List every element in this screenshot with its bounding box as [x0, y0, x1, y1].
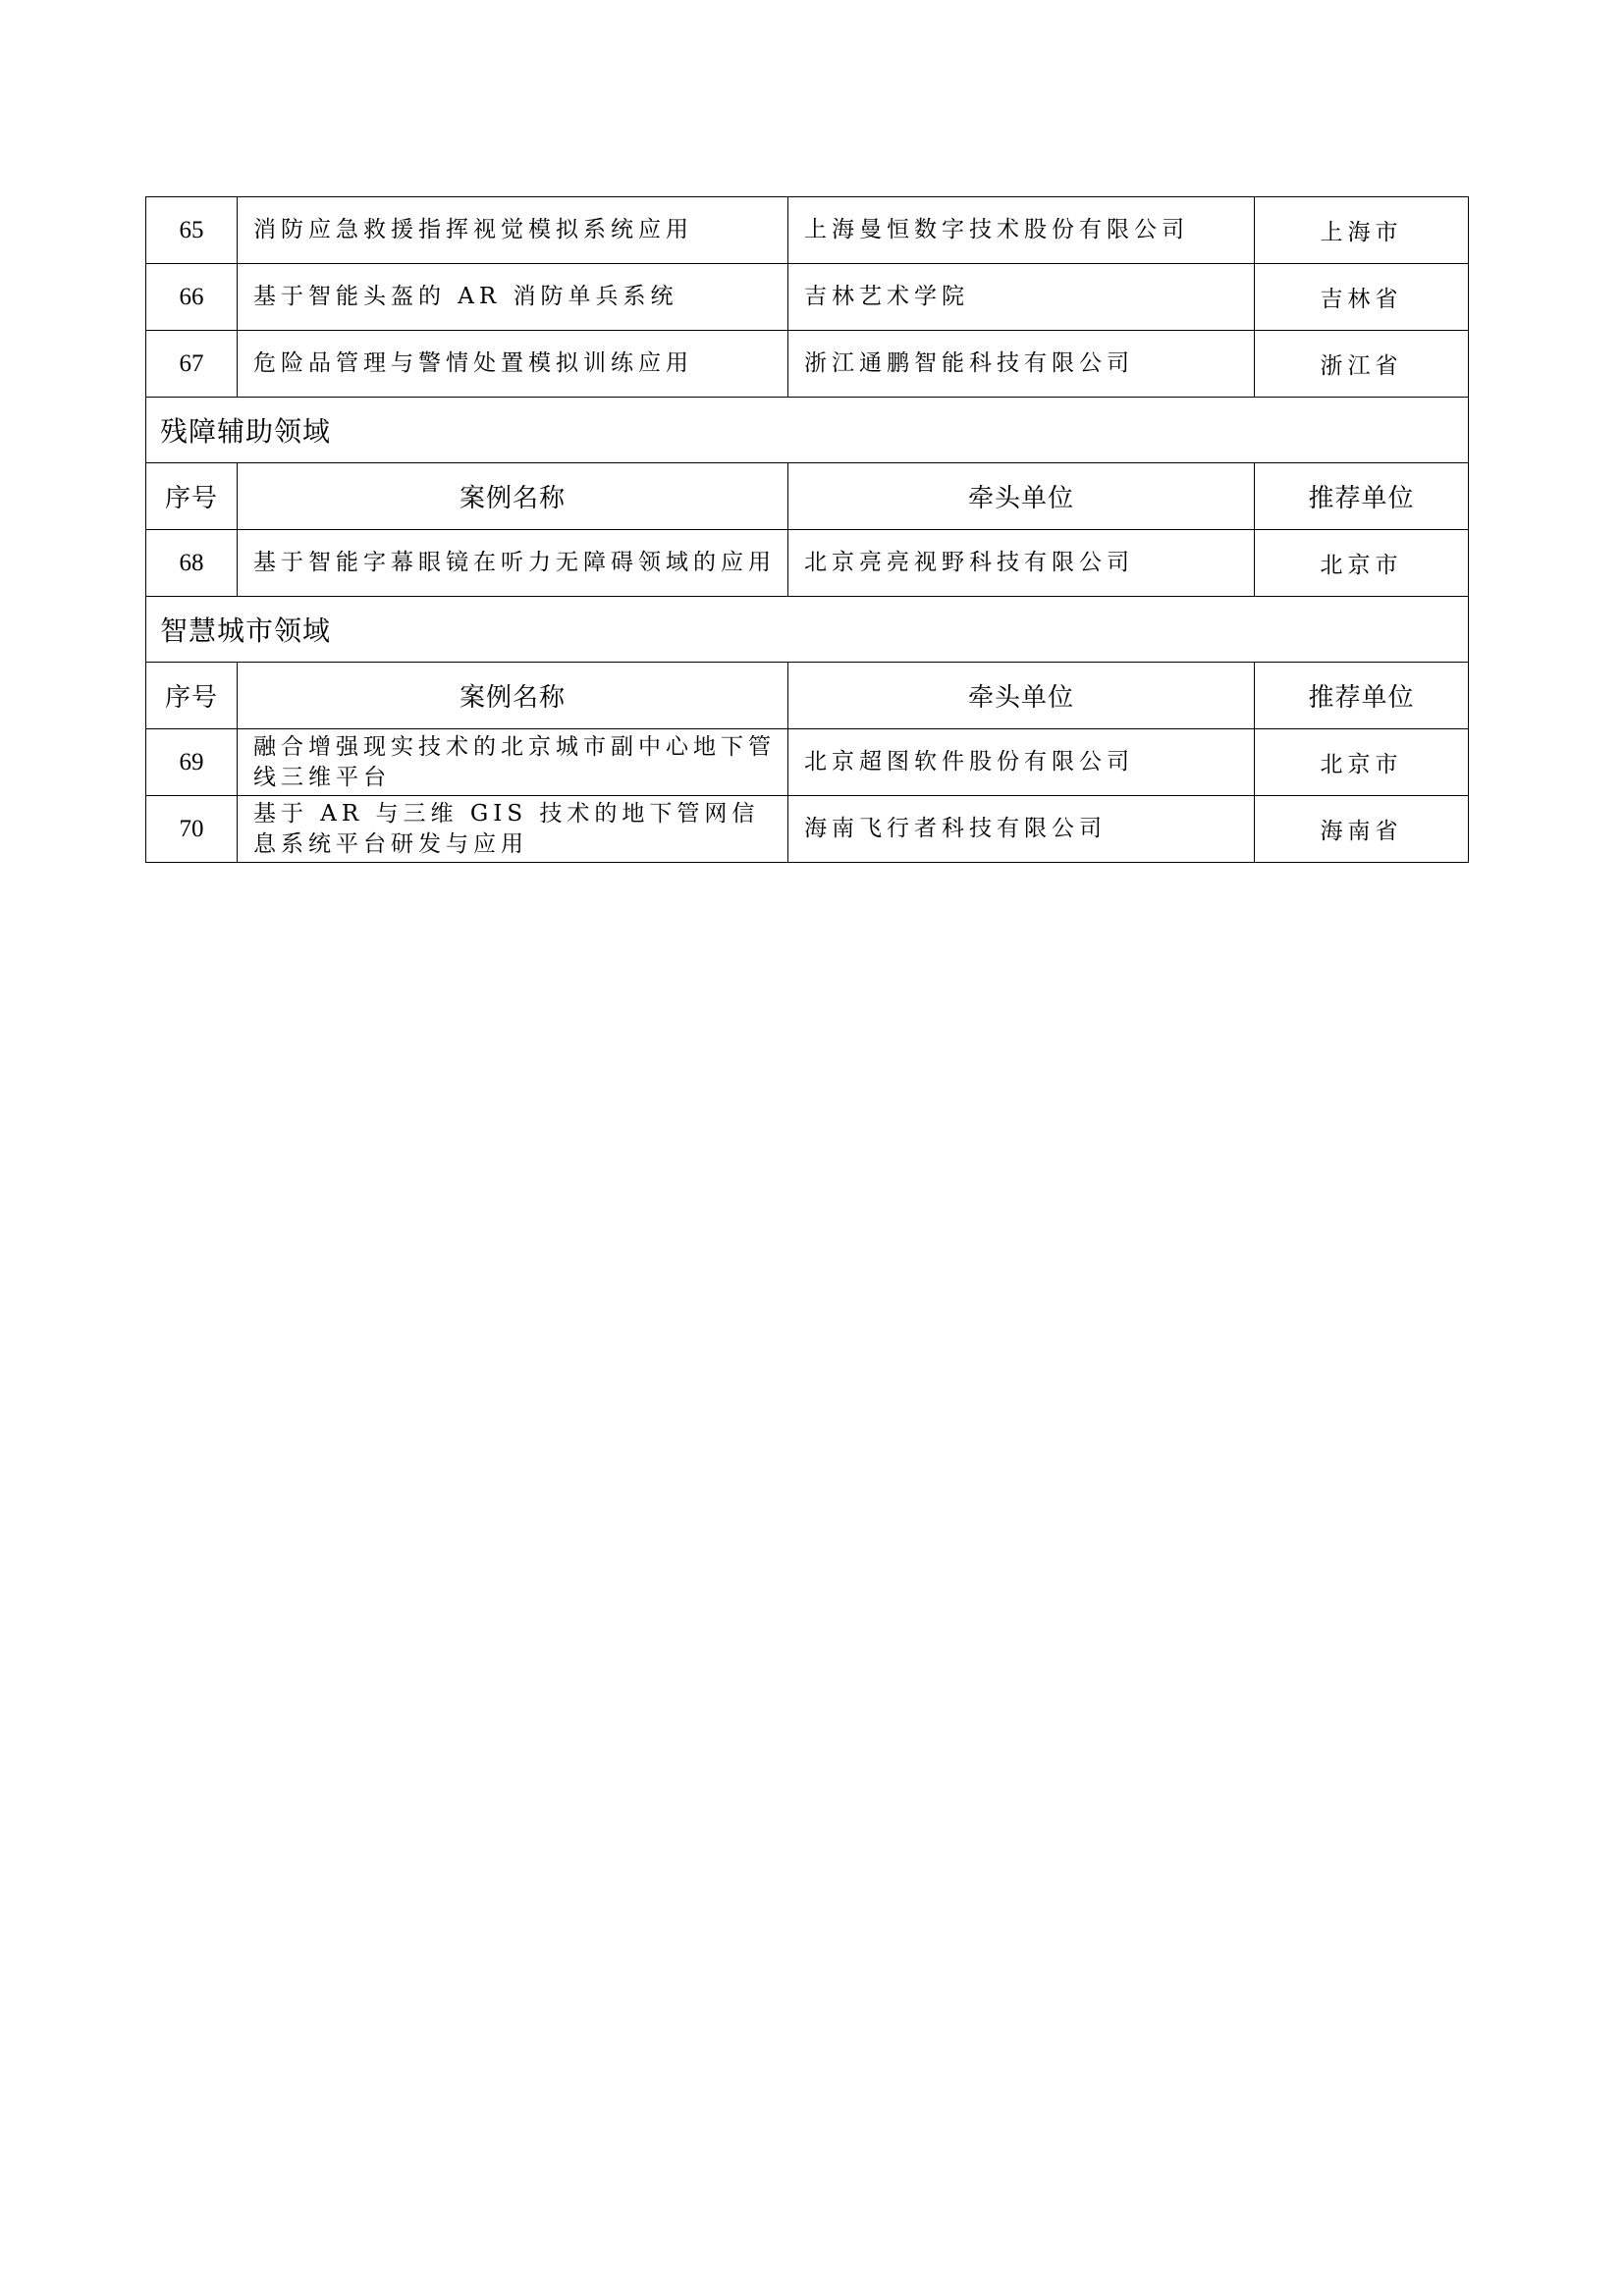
- recommending-unit: 浙江省: [1255, 331, 1469, 398]
- case-number: 68: [146, 530, 238, 597]
- lead-unit: 吉林艺术学院: [788, 264, 1255, 331]
- header-recommending-unit: 推荐单位: [1255, 663, 1469, 729]
- table-row: 69 融合增强现实技术的北京城市副中心地下管线三维平台 北京超图软件股份有限公司…: [146, 729, 1469, 796]
- lead-unit: 海南飞行者科技有限公司: [788, 796, 1255, 863]
- lead-unit: 北京超图软件股份有限公司: [788, 729, 1255, 796]
- section-heading-row: 残障辅助领域: [146, 398, 1469, 463]
- case-number: 70: [146, 796, 238, 863]
- header-number: 序号: [146, 663, 238, 729]
- case-list-table: 65 消防应急救援指挥视觉模拟系统应用 上海曼恒数字技术股份有限公司 上海市 6…: [145, 196, 1469, 863]
- table-row: 67 危险品管理与警情处置模拟训练应用 浙江通鹏智能科技有限公司 浙江省: [146, 331, 1469, 398]
- recommending-unit: 海南省: [1255, 796, 1469, 863]
- lead-unit: 上海曼恒数字技术股份有限公司: [788, 197, 1255, 264]
- table-row: 70 基于 AR 与三维 GIS 技术的地下管网信息系统平台研发与应用 海南飞行…: [146, 796, 1469, 863]
- case-name: 消防应急救援指挥视觉模拟系统应用: [238, 197, 788, 264]
- header-number: 序号: [146, 463, 238, 530]
- section-title: 残障辅助领域: [146, 398, 1469, 463]
- table-header-row: 序号 案例名称 牵头单位 推荐单位: [146, 463, 1469, 530]
- case-number: 67: [146, 331, 238, 398]
- lead-unit: 浙江通鹏智能科技有限公司: [788, 331, 1255, 398]
- header-recommending-unit: 推荐单位: [1255, 463, 1469, 530]
- table-row: 65 消防应急救援指挥视觉模拟系统应用 上海曼恒数字技术股份有限公司 上海市: [146, 197, 1469, 264]
- header-case-name: 案例名称: [238, 663, 788, 729]
- section-title: 智慧城市领域: [146, 597, 1469, 663]
- table-row: 66 基于智能头盔的 AR 消防单兵系统 吉林艺术学院 吉林省: [146, 264, 1469, 331]
- table-header-row: 序号 案例名称 牵头单位 推荐单位: [146, 663, 1469, 729]
- case-name: 融合增强现实技术的北京城市副中心地下管线三维平台: [238, 729, 788, 796]
- header-case-name: 案例名称: [238, 463, 788, 530]
- header-lead-unit: 牵头单位: [788, 463, 1255, 530]
- case-name: 基于 AR 与三维 GIS 技术的地下管网信息系统平台研发与应用: [238, 796, 788, 863]
- case-number: 66: [146, 264, 238, 331]
- case-name: 基于智能头盔的 AR 消防单兵系统: [238, 264, 788, 331]
- lead-unit: 北京亮亮视野科技有限公司: [788, 530, 1255, 597]
- case-number: 65: [146, 197, 238, 264]
- case-number: 69: [146, 729, 238, 796]
- case-name: 基于智能字幕眼镜在听力无障碍领域的应用: [238, 530, 788, 597]
- recommending-unit: 上海市: [1255, 197, 1469, 264]
- recommending-unit: 北京市: [1255, 729, 1469, 796]
- section-heading-row: 智慧城市领域: [146, 597, 1469, 663]
- case-name: 危险品管理与警情处置模拟训练应用: [238, 331, 788, 398]
- recommending-unit: 北京市: [1255, 530, 1469, 597]
- table-row: 68 基于智能字幕眼镜在听力无障碍领域的应用 北京亮亮视野科技有限公司 北京市: [146, 530, 1469, 597]
- recommending-unit: 吉林省: [1255, 264, 1469, 331]
- header-lead-unit: 牵头单位: [788, 663, 1255, 729]
